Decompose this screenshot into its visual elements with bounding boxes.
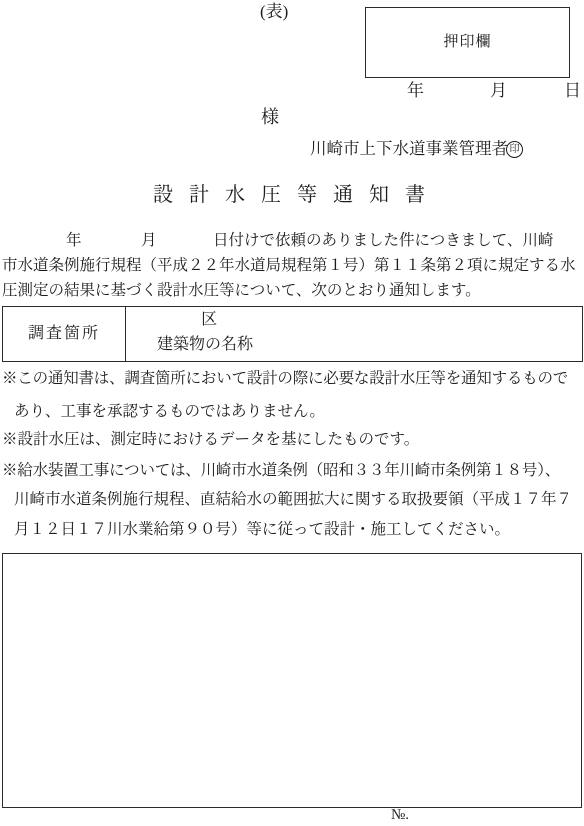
circled-seal-icon: 印 [506, 141, 523, 158]
page-side-label: (表) [260, 2, 288, 22]
issue-date-day-label: 日 [564, 81, 581, 101]
note-2-line-1: ※設計水圧は、測定時におけるデータを基にしたものです。 [2, 431, 419, 449]
issue-date-year-label: 年 [407, 81, 424, 101]
note-1-line-1: ※この通知書は、調査箇所において設計の際に必要な設計水圧等を通知するもので [2, 370, 568, 388]
body-line-1-text: 日付けで依頼のありました件につきまして、川崎 [213, 232, 553, 250]
survey-location-header-cell: 調査箇所 [3, 307, 126, 361]
note-3-line-1: ※給水装置工事については、川崎市水道条例（昭和３３年川崎市条例第１８号）、 [2, 462, 560, 480]
notification-document-page: (表) 押印欄 年 月 日 様 川崎市上下水道事業管理者 印 設計水圧等通知書 … [0, 0, 584, 826]
body-line-2: 市水道条例施行規程（平成２２年水道局規程第１号）第１１条第２項に規定する水 [2, 257, 576, 275]
request-date-year-label: 年 [66, 232, 82, 250]
note-1-line-2: あり、工事を承認するものではありません。 [14, 403, 325, 421]
remarks-empty-box [2, 553, 582, 808]
document-title: 設計水圧等通知書 [153, 184, 441, 207]
request-date-month-label: 月 [141, 232, 157, 250]
ward-suffix-label: 区 [201, 311, 217, 329]
seal-stamp-box: 押印欄 [365, 7, 570, 78]
issuer-name: 川崎市上下水道事業管理者 [310, 140, 508, 159]
issue-date-month-label: 月 [490, 81, 507, 101]
survey-location-table: 調査箇所 区 建築物の名称 [2, 306, 583, 362]
document-number-label: №. [391, 807, 409, 824]
body-line-1: 年 月 日付けで依頼のありました件につきまして、川崎 [0, 232, 584, 252]
note-3-line-2: 川崎市水道条例施行規程、直結給水の範囲拡大に関する取扱要領（平成１７年７ [14, 491, 572, 509]
survey-location-value-cell: 区 建築物の名称 [126, 307, 582, 361]
building-name-label: 建築物の名称 [157, 336, 253, 354]
body-line-3: 圧測定の結果に基づく設計水圧等について、次のとおり通知します。 [2, 282, 481, 300]
addressee-honorific: 様 [261, 107, 279, 128]
seal-box-label: 押印欄 [443, 34, 491, 51]
note-3-line-3: 月１２日１７川水業給第９０号）等に従って設計・施工してください。 [14, 521, 510, 539]
